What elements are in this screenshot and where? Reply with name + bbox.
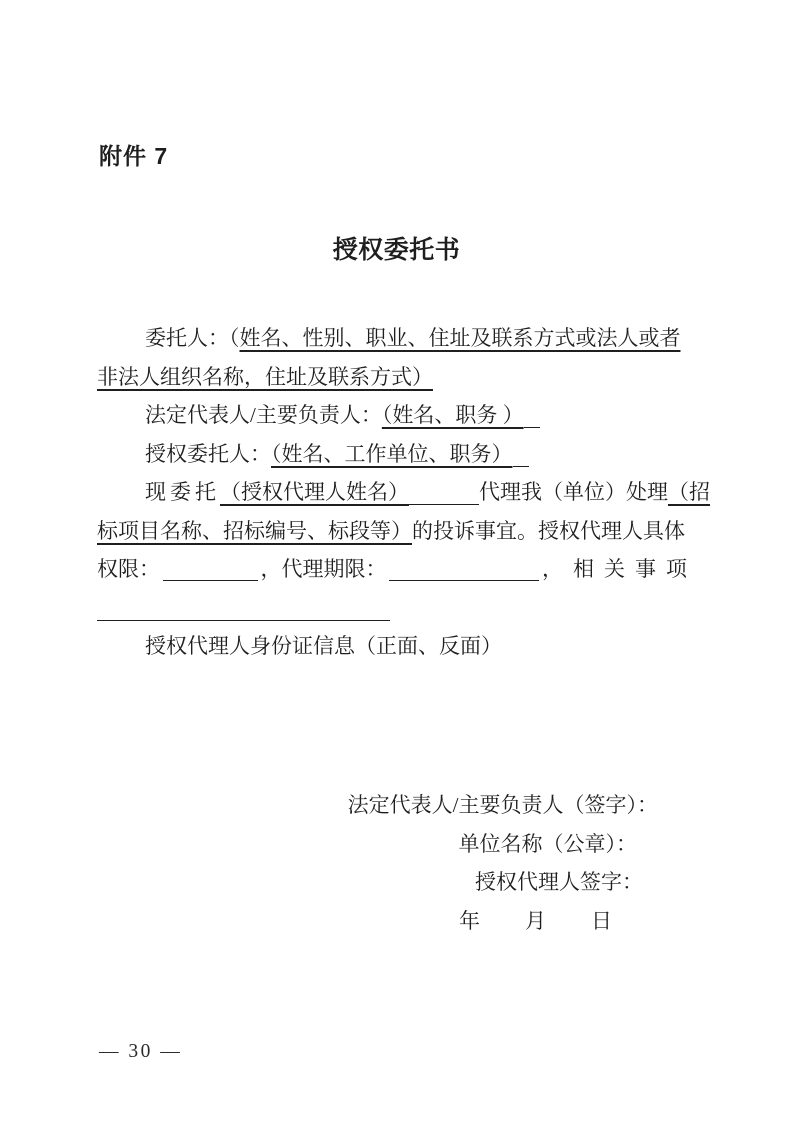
- project-fill-in-start: （招: [668, 473, 710, 512]
- document-page: 附件 7 授权委托书 委托人：（姓名、性别、职业、住址及联系方式或法人或者 非法…: [0, 0, 793, 1122]
- project-fill-in-continuation: 标项目名称、招标编号、标段等）: [97, 519, 412, 543]
- principal-fill-in: 姓名、性别、职业、住址及联系方式或法人或者: [240, 326, 681, 350]
- agent-name-fill-in: （授权代理人姓名）: [220, 480, 409, 504]
- signature-legal-representative: 法定代表人/主要负责人（签字）：: [348, 786, 658, 825]
- line-id-info: 授权代理人身份证信息（正面、反面）: [97, 627, 697, 666]
- attachment-label: 附件 7: [99, 142, 168, 170]
- line-blank-continuation: [97, 589, 697, 628]
- line-authorized-agent: 授权委托人：（姓名、工作单位、职务）: [97, 435, 697, 474]
- blank-underline: [97, 619, 390, 621]
- agent-name-fill-in-wrap: （授权代理人姓名）: [220, 473, 479, 512]
- principal-label: 委托人：（: [145, 326, 240, 350]
- line-entrust: 现委托（授权代理人姓名）代理我（单位）处理（招: [97, 473, 708, 512]
- legal-representative-fill-in: （姓名、职务 ）: [382, 403, 524, 427]
- signature-unit-name: 单位名称（公章）：: [348, 825, 658, 864]
- signature-block: 法定代表人/主要负责人（签字）： 单位名称（公章）： 授权代理人签字： 年 月 …: [348, 786, 658, 940]
- document-title: 授权委托书: [0, 234, 793, 266]
- signature-agent: 授权代理人签字：: [348, 863, 658, 902]
- line-entrust-continuation: 标项目名称、招标编号、标段等）的投诉事宜。授权代理人具体: [97, 512, 697, 551]
- page-number: — 30 —: [99, 1041, 182, 1063]
- entrust-middle: 代理我（单位）处理: [479, 473, 668, 512]
- authorized-agent-label: 授权委托人：: [145, 442, 271, 466]
- blank-underline: [513, 465, 529, 467]
- legal-representative-label: 法定代表人/主要负责人：: [145, 403, 382, 427]
- entrust-lead: 现委托: [145, 473, 220, 512]
- authorized-agent-fill-in: （姓名、工作单位、职务）: [271, 442, 513, 466]
- entrust-rest: 的投诉事宜。授权代理人具体: [412, 519, 685, 543]
- blank-underline: [524, 426, 540, 428]
- agency-term-label: ，代理期限：: [261, 550, 387, 589]
- authority-label: 权限：: [97, 550, 160, 589]
- blank-underline: [389, 579, 539, 581]
- related-matters-label: ，相关事项: [542, 550, 697, 589]
- id-info-text: 授权代理人身份证信息（正面、反面）: [145, 634, 502, 658]
- line-authority: 权限：，代理期限：，相关事项: [97, 550, 697, 589]
- blank-underline: [409, 503, 479, 505]
- line-principal: 委托人：（姓名、性别、职业、住址及联系方式或法人或者: [97, 319, 697, 358]
- line-legal-representative: 法定代表人/主要负责人：（姓名、职务 ）: [97, 396, 697, 435]
- principal-fill-in-continuation: 非法人组织名称，住址及联系方式）: [97, 365, 433, 389]
- line-principal-continuation: 非法人组织名称，住址及联系方式）: [97, 358, 697, 397]
- document-body: 委托人：（姓名、性别、职业、住址及联系方式或法人或者 非法人组织名称，住址及联系…: [97, 319, 697, 666]
- signature-date: 年 月 日: [348, 902, 658, 941]
- blank-underline: [163, 579, 258, 581]
